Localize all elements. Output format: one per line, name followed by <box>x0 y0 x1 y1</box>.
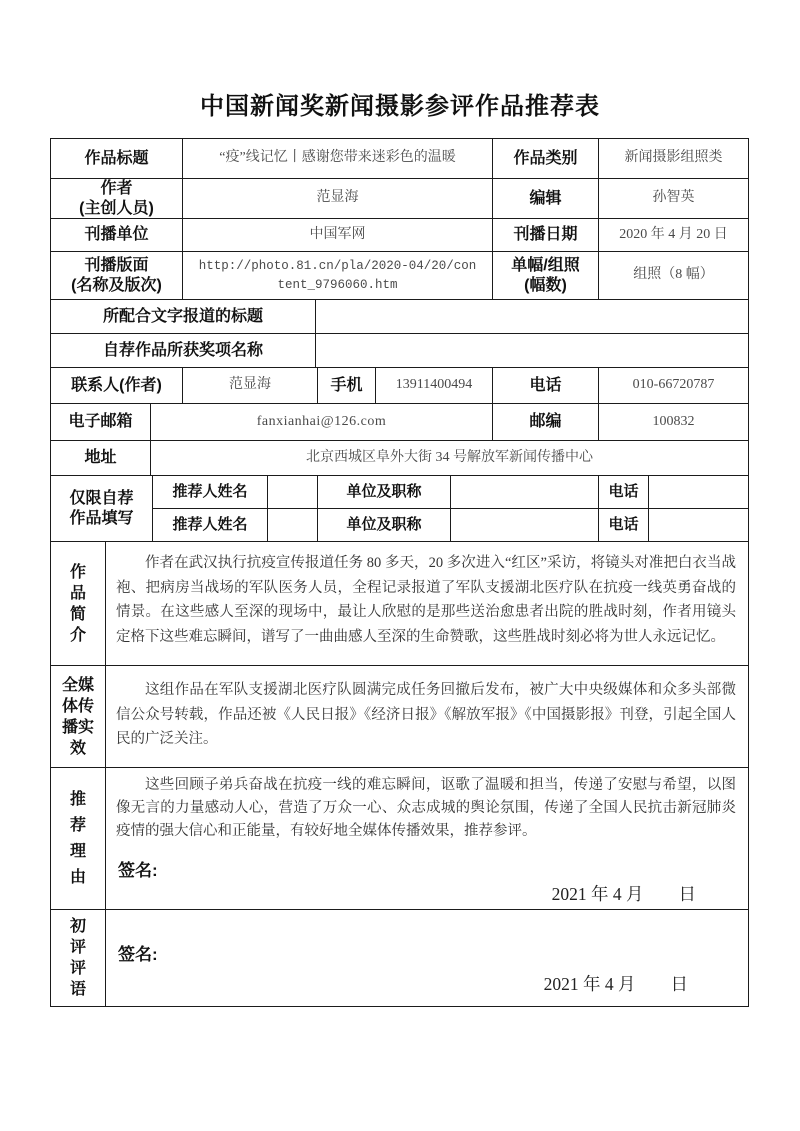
contact-label: 联系人(作者) <box>51 368 183 404</box>
recommend-reason-content: 这些回顾子弟兵奋战在抗疫一线的难忘瞬间，讴歌了温暖和担当，传递了安慰与希望，以图… <box>106 768 749 910</box>
mobile-value: 13911400494 <box>376 368 493 404</box>
row-work-intro: 作 品 简 介 作者在武汉执行抗疫宣传报道任务 80 多天，20 多次进入“红区… <box>51 542 749 666</box>
work-intro-text: 作者在武汉执行抗疫宣传报道任务 80 多天，20 多次进入“红区”采访，将镜头对… <box>106 542 748 649</box>
row-media-effect: 全媒 体传 播实 效 这组作品在军队支援湖北医疗队圆满完成任务回撤后发布，被广大… <box>51 666 749 768</box>
phone-label: 电话 <box>493 368 599 404</box>
reason-signature-label: 签名: <box>106 856 748 881</box>
recommender-tel-value <box>649 476 749 509</box>
review-signature-label: 签名: <box>106 940 748 965</box>
address-value: 北京西城区阜外大街 34 号解放军新闻传播中心 <box>151 441 749 476</box>
review-date: 2021 年 4 月 日 <box>106 971 748 996</box>
row-email: 电子邮箱 fanxianhai@126.com 邮编 100832 <box>51 404 749 441</box>
recommender-org-value <box>451 509 599 542</box>
single-or-group-value: 组照（8 幅） <box>599 252 749 300</box>
row-publish-page: 刊播版面 (名称及版次) http://photo.81.cn/pla/2020… <box>51 252 749 300</box>
single-or-group-label: 单幅/组照 (幅数) <box>493 252 599 300</box>
row-address: 地址 北京西城区阜外大街 34 号解放军新闻传播中心 <box>51 441 749 476</box>
recommender-org-value <box>451 476 599 509</box>
zipcode-value: 100832 <box>599 404 749 441</box>
recommender-tel-label: 电话 <box>599 476 649 509</box>
mobile-label: 手机 <box>318 368 376 404</box>
self-awards-value <box>316 334 749 368</box>
publish-date-value: 2020 年 4 月 20 日 <box>599 219 749 252</box>
recommender-name-label: 推荐人姓名 <box>153 476 268 509</box>
author-label: 作者 (主创人员) <box>51 179 183 219</box>
recommendation-form-table: 作品标题 “疫”线记忆丨感谢您带来迷彩色的温暖 作品类别 新闻摄影组照类 作者 … <box>50 138 749 1007</box>
editor-label: 编辑 <box>493 179 599 219</box>
row-recommend-reason: 推 荐 理 由 这些回顾子弟兵奋战在抗疫一线的难忘瞬间，讴歌了温暖和担当，传递了… <box>51 768 749 910</box>
row-publisher: 刊播单位 中国军网 刊播日期 2020 年 4 月 20 日 <box>51 219 749 252</box>
editor-value: 孙智英 <box>599 179 749 219</box>
email-value: fanxianhai@126.com <box>151 404 493 441</box>
phone-value: 010-66720787 <box>599 368 749 404</box>
self-awards-label: 自荐作品所获奖项名称 <box>51 334 316 368</box>
self-recommend-rows: 推荐人姓名 单位及职称 电话 推荐人姓名 单位及职称 电话 <box>153 476 749 542</box>
contact-name-value: 范显海 <box>183 368 318 404</box>
page-title: 中国新闻奖新闻摄影参评作品推荐表 <box>0 86 800 121</box>
work-intro-label: 作 品 简 介 <box>51 542 106 666</box>
media-effect-label: 全媒 体传 播实 效 <box>51 666 106 768</box>
row-self-awards: 自荐作品所获奖项名称 <box>51 334 749 368</box>
publisher-label: 刊播单位 <box>51 219 183 252</box>
recommender-row: 推荐人姓名 单位及职称 电话 <box>153 509 749 542</box>
email-label: 电子邮箱 <box>51 404 151 441</box>
recommender-name-value <box>268 476 318 509</box>
media-effect-content: 这组作品在军队支援湖北医疗队圆满完成任务回撤后发布，被广大中央级媒体和众多头部微… <box>106 666 749 768</box>
address-label: 地址 <box>51 441 151 476</box>
work-title-value: “疫”线记忆丨感谢您带来迷彩色的温暖 <box>183 139 493 179</box>
publish-date-label: 刊播日期 <box>493 219 599 252</box>
row-preliminary-review: 初 评 评 语 签名: 2021 年 4 月 日 <box>51 910 749 1007</box>
work-intro-content: 作者在武汉执行抗疫宣传报道任务 80 多天，20 多次进入“红区”采访，将镜头对… <box>106 542 749 666</box>
media-effect-text: 这组作品在军队支援湖北医疗队圆满完成任务回撤后发布，被广大中央级媒体和众多头部微… <box>106 666 748 752</box>
publish-page-label: 刊播版面 (名称及版次) <box>51 252 183 300</box>
accompanying-text-label: 所配合文字报道的标题 <box>51 300 316 334</box>
preliminary-review-content: 签名: 2021 年 4 月 日 <box>106 910 749 1007</box>
self-recommend-label: 仅限自荐 作品填写 <box>51 476 153 542</box>
row-contact: 联系人(作者) 范显海 手机 13911400494 电话 010-667207… <box>51 368 749 404</box>
work-category-value: 新闻摄影组照类 <box>599 139 749 179</box>
document-page: 中国新闻奖新闻摄影参评作品推荐表 作品标题 “疫”线记忆丨感谢您带来迷彩色的温暖… <box>0 0 800 1131</box>
recommender-name-label: 推荐人姓名 <box>153 509 268 542</box>
row-self-recommend: 仅限自荐 作品填写 推荐人姓名 单位及职称 电话 推荐人姓名 单位及职称 电话 <box>51 476 749 542</box>
accompanying-text-value <box>316 300 749 334</box>
reason-date: 2021 年 4 月 日 <box>106 881 748 906</box>
recommend-reason-text: 这些回顾子弟兵奋战在抗疫一线的难忘瞬间，讴歌了温暖和担当，传递了安慰与希望，以图… <box>106 768 748 843</box>
recommend-reason-label: 推 荐 理 由 <box>51 768 106 910</box>
publisher-value: 中国军网 <box>183 219 493 252</box>
author-value: 范显海 <box>183 179 493 219</box>
publish-url-value: http://photo.81.cn/pla/2020-04/20/conten… <box>183 252 493 300</box>
recommender-org-label: 单位及职称 <box>318 476 451 509</box>
work-category-label: 作品类别 <box>493 139 599 179</box>
row-accompanying-text: 所配合文字报道的标题 <box>51 300 749 334</box>
preliminary-review-label: 初 评 评 语 <box>51 910 106 1007</box>
row-author: 作者 (主创人员) 范显海 编辑 孙智英 <box>51 179 749 219</box>
recommender-tel-value <box>649 509 749 542</box>
recommender-row: 推荐人姓名 单位及职称 电话 <box>153 476 749 509</box>
work-title-label: 作品标题 <box>51 139 183 179</box>
recommender-tel-label: 电话 <box>599 509 649 542</box>
recommender-org-label: 单位及职称 <box>318 509 451 542</box>
recommender-name-value <box>268 509 318 542</box>
row-work-title: 作品标题 “疫”线记忆丨感谢您带来迷彩色的温暖 作品类别 新闻摄影组照类 <box>51 139 749 179</box>
zipcode-label: 邮编 <box>493 404 599 441</box>
